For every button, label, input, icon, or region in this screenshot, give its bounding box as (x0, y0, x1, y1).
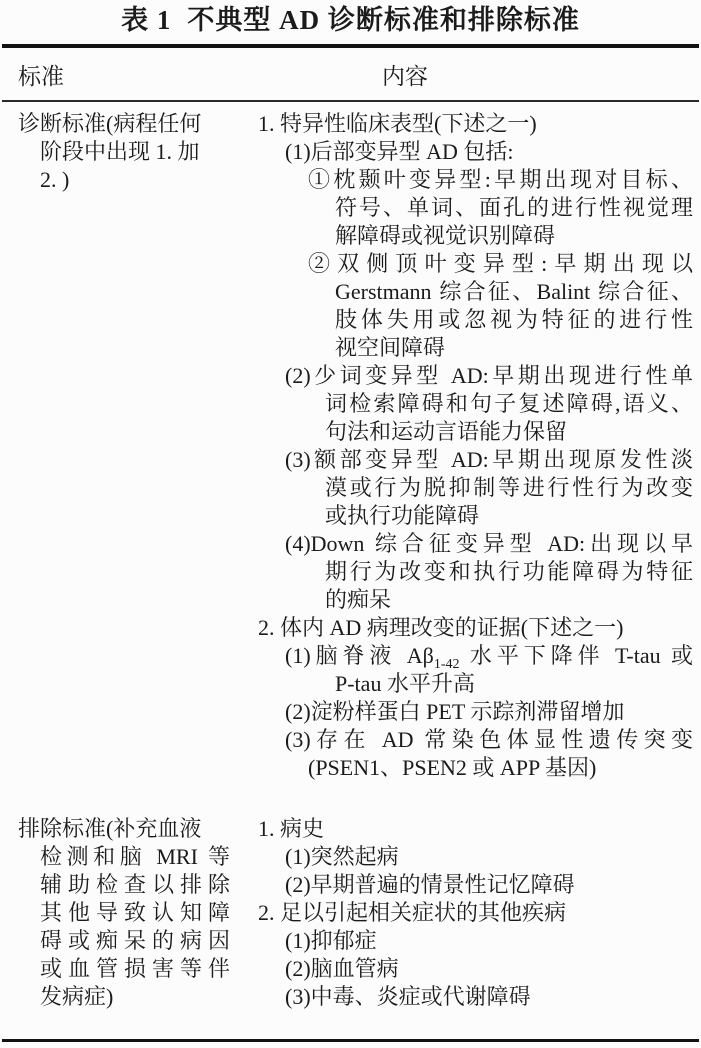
table-title: 表 1不典型 AD 诊断标准和排除标准 (0, 0, 701, 44)
criterion-cell: 诊断标准(病程任何 阶段中出现 1. 加 2. ) (0, 110, 258, 194)
text-line: (2)少词变异型 AD:早期出现进行性单 (285, 362, 693, 390)
column-header-criteria: 标准 (0, 58, 258, 91)
text-line: (2)早期普遍的情景性记忆障碍 (285, 871, 693, 899)
text-line: 2. ) (40, 166, 230, 194)
content-cell: 1. 特异性临床表型(下述之一) (1)后部变异型 AD 包括: ①枕颞叶变异型… (258, 110, 693, 782)
text-line: 肢体失用或忽视为特征的进行性 (335, 306, 693, 334)
text-line: P-tau 水平升高 (335, 670, 693, 698)
text-line: (3)中毒、炎症或代谢障碍 (285, 983, 693, 1011)
header-rule (2, 100, 699, 102)
text-line: 期行为改变和执行功能障碍为特征 (325, 558, 693, 586)
text-line: 其他导致认知障 (40, 899, 230, 927)
text-line: (3)额部变异型 AD:早期出现原发性淡 (285, 446, 693, 474)
text-line: 符号、单词、面孔的进行性视觉理 (335, 194, 693, 222)
text-line: 解障碍或视觉识别障碍 (335, 222, 693, 250)
text-line: (1)突然起病 (285, 843, 693, 871)
bottom-rule (2, 1039, 699, 1042)
text-line: (1)后部变异型 AD 包括: (285, 138, 693, 166)
text-line: 2. 足以引起相关症状的其他疾病 (258, 899, 693, 927)
table-number-label: 表 1 (121, 5, 171, 35)
text-line: 碍或痴呆的病因 (40, 927, 230, 955)
table-row-diagnostic-criteria: 诊断标准(病程任何 阶段中出现 1. 加 2. ) 1. 特异性临床表型(下述之… (0, 110, 701, 782)
text-line: 诊断标准(病程任何 (18, 110, 230, 138)
text-line: 1. 特异性临床表型(下述之一) (258, 110, 693, 138)
text-line-with-subscript: (1)脑脊液 Aβ1-42 水平下降伴 T-tau 或 (285, 642, 693, 670)
text-line: (1)抑郁症 (285, 927, 693, 955)
text-line: 阶段中出现 1. 加 (40, 138, 230, 166)
text-line: 或血管损害等伴 (40, 955, 230, 983)
text-line: 辅助检查以排除 (40, 871, 230, 899)
text-line: ①枕颞叶变异型:早期出现对目标、 (308, 166, 693, 194)
text-segment: 水平下降伴 T-tau 或 (460, 643, 693, 668)
text-line: (3)存在 AD 常染色体显性遗传突变 (285, 726, 693, 754)
bottom-rule-wrap (0, 1039, 701, 1042)
text-line: 排除标准(补充血液 (18, 815, 230, 843)
text-line: 发病症) (40, 983, 230, 1011)
text-line: 2. 体内 AD 病理改变的证据(下述之一) (258, 614, 693, 642)
text-line: 或执行功能障碍 (325, 502, 693, 530)
text-line: (4)Down 综合征变异型 AD:出现以早 (285, 530, 693, 558)
text-line: (2)淀粉样蛋白 PET 示踪剂滞留增加 (285, 698, 693, 726)
table-row-exclusion-criteria: 排除标准(补充血液 检测和脑 MRI 等 辅助检查以排除 其他导致认知障 碍或痴… (0, 815, 701, 1011)
text-segment: (1)脑脊液 Aβ (285, 643, 434, 668)
text-line: (2)脑血管病 (285, 955, 693, 983)
abeta-subscript: 1-42 (434, 657, 460, 670)
table-header-row: 标准 内容 (0, 48, 701, 100)
text-line: 1. 病史 (258, 815, 693, 843)
content-cell: 1. 病史 (1)突然起病 (2)早期普遍的情景性记忆障碍 2. 足以引起相关症… (258, 815, 693, 1011)
text-line: 漠或行为脱抑制等进行性行为改变 (325, 474, 693, 502)
text-line: 词检索障碍和句子复述障碍,语义、 (325, 390, 693, 418)
text-line: 视空间障碍 (335, 334, 693, 362)
text-line: Gerstmann 综合征、Balint 综合征、 (335, 278, 693, 306)
text-line: ②双侧顶叶变异型:早期出现以 (308, 250, 693, 278)
scanned-table-page: 表 1不典型 AD 诊断标准和排除标准 标准 内容 诊断标准(病程任何 阶段中出… (0, 0, 701, 1048)
criterion-cell: 排除标准(补充血液 检测和脑 MRI 等 辅助检查以排除 其他导致认知障 碍或痴… (0, 815, 258, 1011)
table-title-text: 不典型 AD 诊断标准和排除标准 (187, 5, 580, 35)
text-line: 句法和运动言语能力保留 (325, 418, 693, 446)
text-line: 检测和脑 MRI 等 (40, 843, 230, 871)
text-line: (PSEN1、PSEN2 或 APP 基因) (308, 754, 693, 782)
column-header-content: 内容 (382, 58, 428, 91)
text-line: 的痴呆 (325, 586, 693, 614)
